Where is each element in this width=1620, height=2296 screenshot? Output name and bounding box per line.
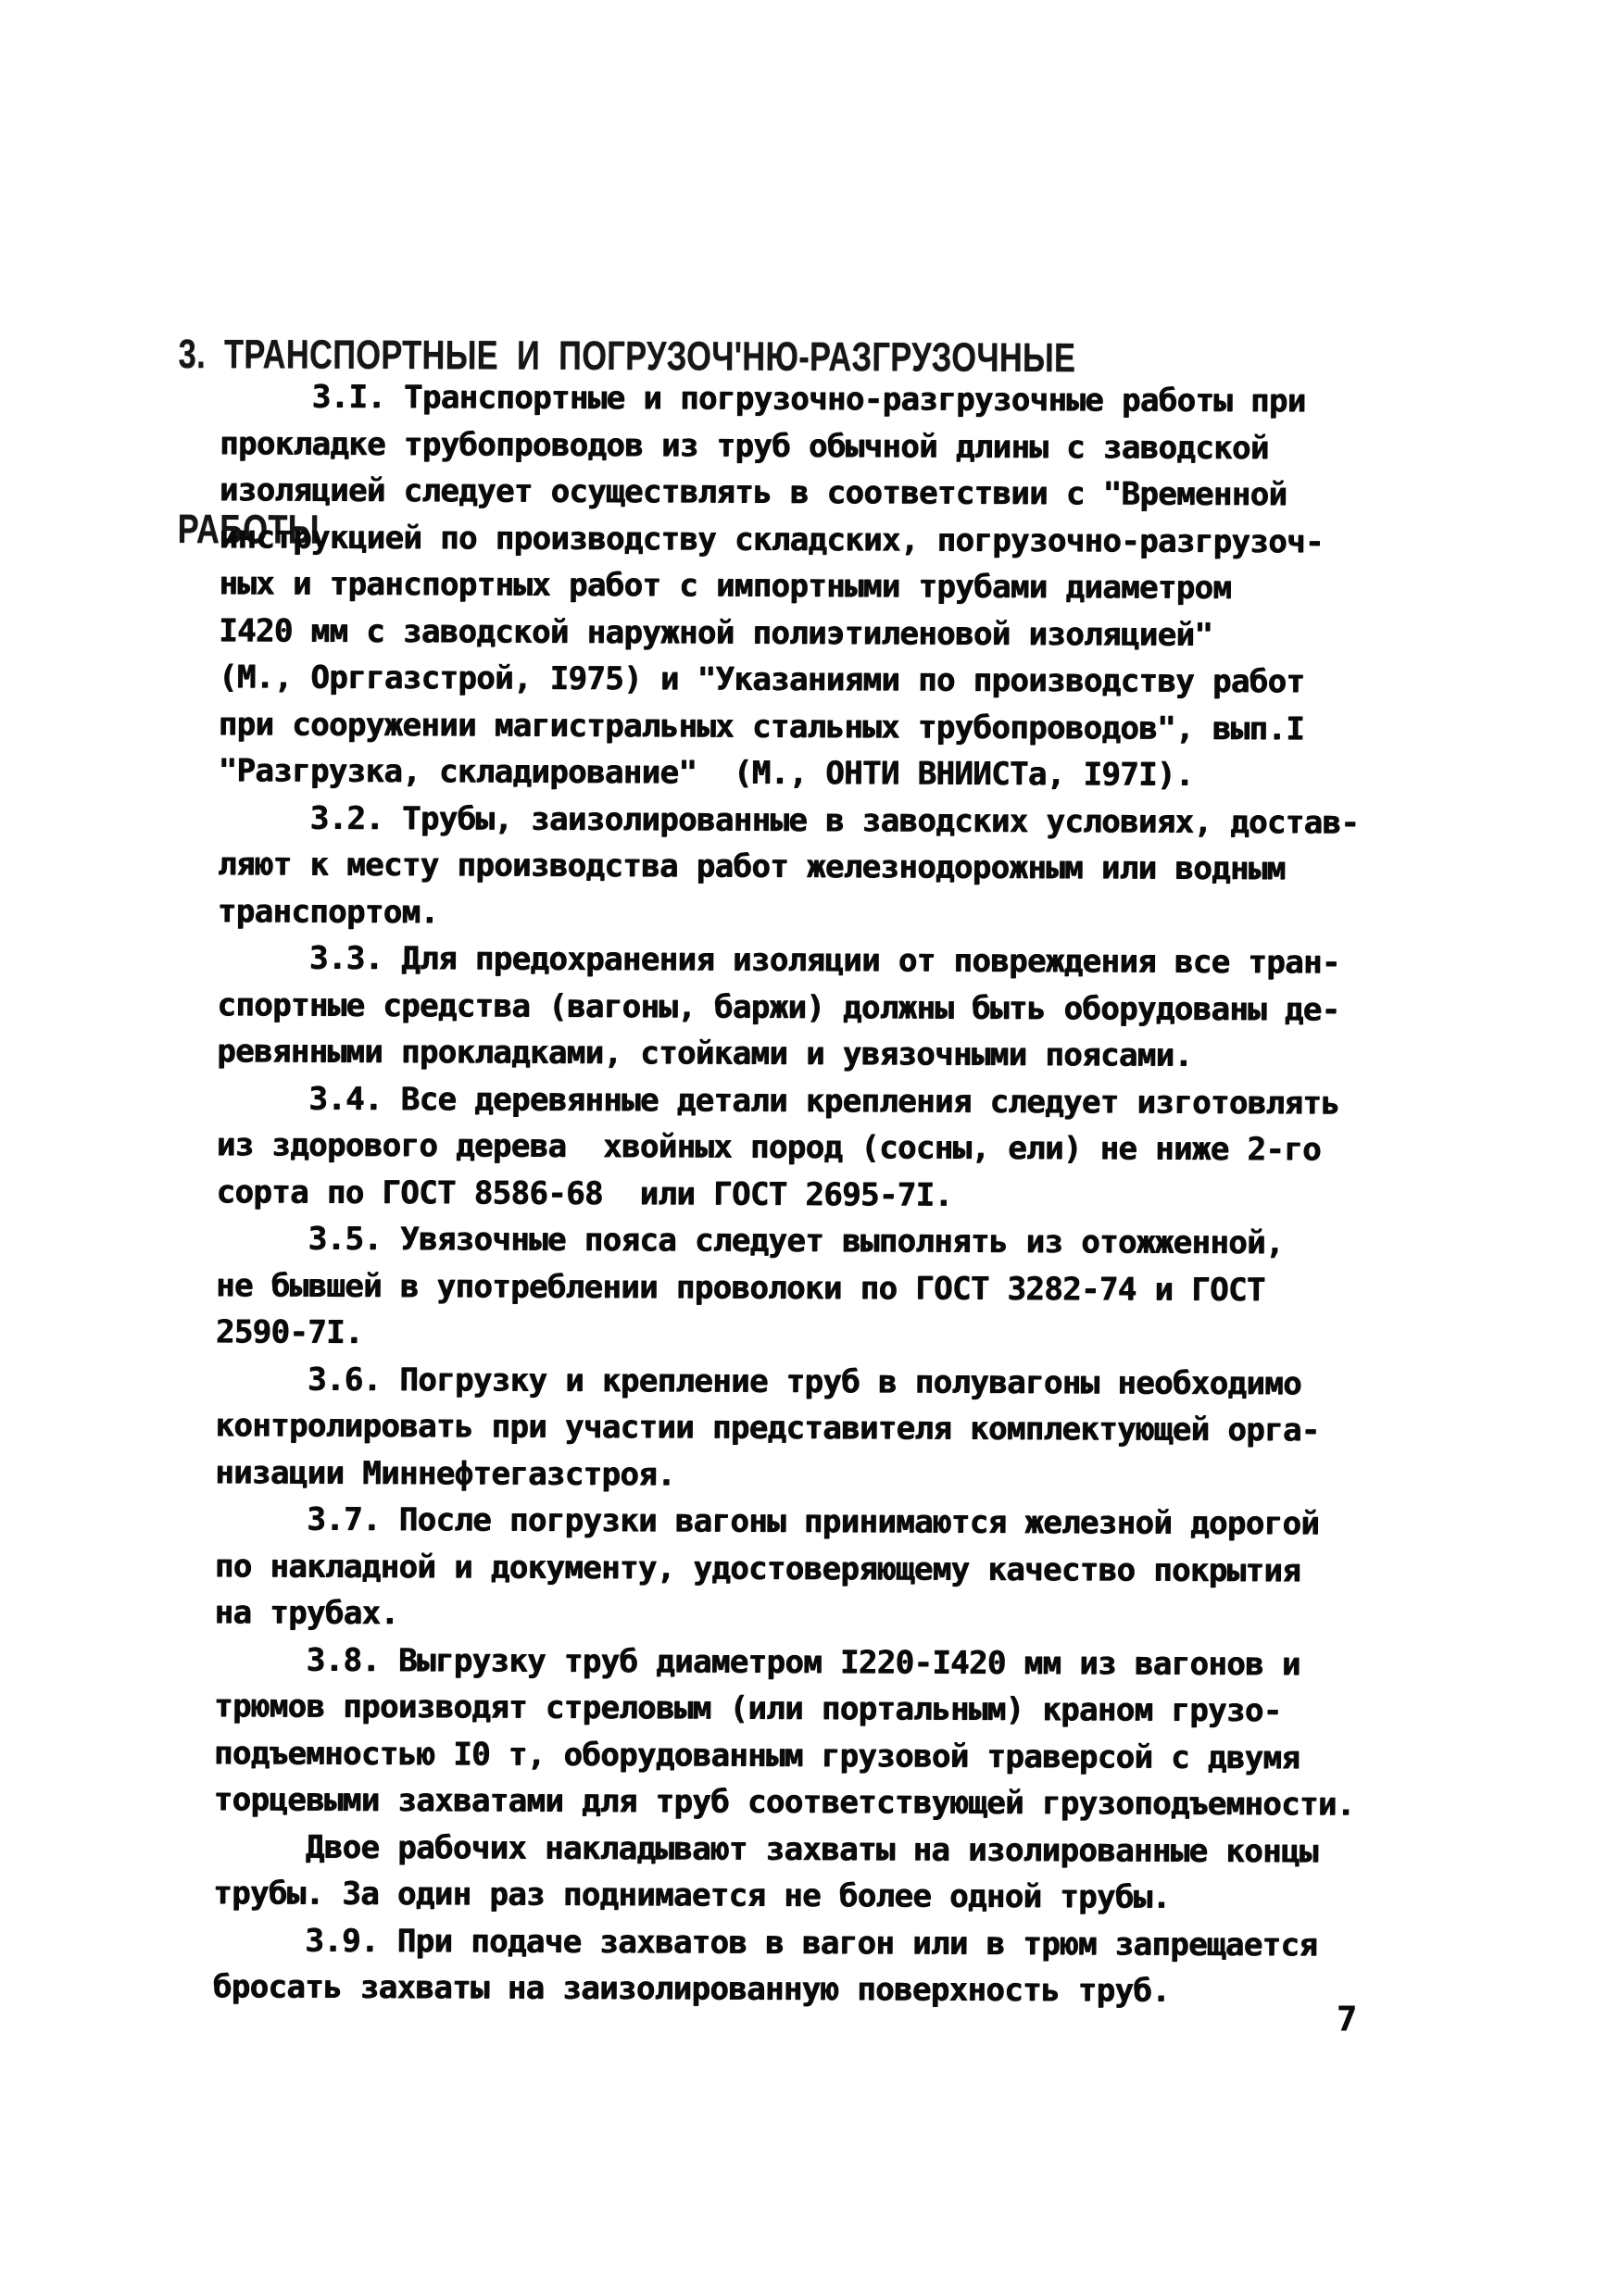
text-line: 3.I. Транспортные и погрузочно-разгрузоч… [220, 373, 1361, 425]
scanned-document-page: 3. ТРАНСПОРТНЫЕ И ПОГРУЗОЧ'НЮ-РАЗГРУЗОЧН… [0, 0, 1620, 2296]
text-line: из здорового дерева хвойных пород (сосны… [217, 1122, 1358, 1173]
text-line: трюмов производят стреловым (или порталь… [214, 1683, 1355, 1735]
text-line: транспортом. [218, 888, 1359, 940]
text-line: прокладке трубопроводов из труб обычной … [220, 420, 1361, 472]
text-line: на трубах. [215, 1589, 1356, 1641]
text-line: ных и транспортных работ с импортными тр… [219, 560, 1360, 612]
text-line: бросать захваты на заизолированную повер… [213, 1964, 1354, 2015]
text-line: 3.8. Выгрузку труб диаметром I220-I420 м… [214, 1637, 1355, 1688]
text-line: (М., Орггазстрой, I975) и "Указаниями по… [219, 654, 1360, 706]
text-line: Двое рабочих накладывают захваты на изол… [214, 1824, 1355, 1876]
text-line: 3.7. После погрузки вагоны принимаются ж… [215, 1496, 1356, 1548]
text-line: 3.2. Трубы, заизолированные в заводских … [218, 795, 1359, 847]
text-line: 3.3. Для предохранения изоляции от повре… [218, 935, 1359, 986]
text-line: низации Миннефтегазстроя. [215, 1449, 1356, 1501]
text-line: спортные средства (вагоны, баржи) должны… [217, 982, 1358, 1034]
body-text-block: 3.I. Транспортные и погрузочно-разгрузоч… [213, 373, 1362, 2015]
text-line: 3.6. Погрузку и крепление труб в полуваг… [216, 1356, 1357, 1408]
page-number: 7 [1337, 1999, 1357, 2039]
text-line: при сооружении магистральных стальных тр… [219, 701, 1360, 753]
text-line: сорта по ГОСТ 8586-68 или ГОСТ 2695-7I. [217, 1169, 1358, 1221]
text-line: изоляцией следует осуществлять в соответ… [220, 467, 1361, 519]
text-line: ревянными прокладками, стойками и увязоч… [217, 1028, 1358, 1080]
text-line: ляют к месту производства работ железнод… [218, 841, 1359, 893]
text-line: по накладной и документу, удостоверяющем… [215, 1543, 1356, 1595]
scan-content: 3. ТРАНСПОРТНЫЕ И ПОГРУЗОЧ'НЮ-РАЗГРУЗОЧН… [0, 0, 1620, 2296]
text-line: подъемностью I0 т, оборудованным грузово… [214, 1730, 1355, 1782]
text-line: I420 мм с заводской наружной полиэтилено… [219, 608, 1360, 659]
text-line: "Разгрузка, складирование" (М., ОНТИ ВНИ… [219, 747, 1360, 799]
text-line: не бывшей в употреблении проволоки по ГО… [216, 1262, 1357, 1314]
text-line: 3.5. Увязочные пояса следует выполнять и… [216, 1215, 1357, 1267]
text-line: 3.9. При подаче захватов в вагон или в т… [213, 1917, 1354, 1969]
text-line: контролировать при участии представителя… [215, 1402, 1356, 1454]
text-line: торцевыми захватами для труб соответству… [214, 1776, 1355, 1828]
text-line: инструкцией по производству складских, п… [220, 514, 1361, 566]
text-line: 2590-7I. [216, 1309, 1357, 1361]
text-line: 3.4. Все деревянные детали крепления сле… [217, 1075, 1358, 1127]
text-line: трубы. За один раз поднимается не более … [213, 1870, 1354, 1922]
